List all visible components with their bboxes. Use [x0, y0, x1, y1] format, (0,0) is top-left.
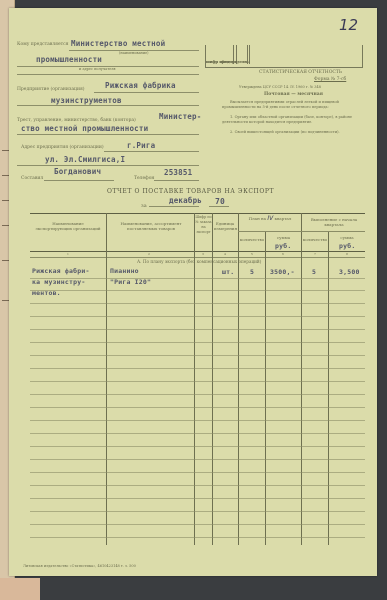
binder-bottom: [0, 578, 40, 600]
row-goods: Пианино: [110, 267, 139, 275]
trust-label: Трест, управление, министерство, банк (к…: [17, 118, 136, 123]
export-table: Наименование экспортирующих организаций …: [17, 213, 365, 548]
fact-sum-unit: руб.: [339, 242, 355, 250]
ministry-label: Кому представляется: [17, 42, 69, 47]
stat-desc3: 2. Своей вышестоящей организации (по под…: [222, 130, 367, 135]
compiler-value: Богданович: [54, 167, 101, 176]
report-title: ОТЧЕТ О ПОСТАВКЕ ТОВАРОВ НА ЭКСПОРТ: [107, 188, 274, 195]
col-number: 7: [314, 252, 316, 257]
col-number: 1: [67, 252, 69, 257]
col-number: 5: [251, 252, 253, 257]
printer-footer: Литовская издательство «Статистика», 461…: [23, 564, 136, 568]
fact-group-header: Выполнение с начала квартала: [303, 217, 365, 227]
document-sheet: 12 Кому представляется Министерство мест…: [9, 8, 377, 576]
stat-desc1: Высылается предприятиями отраслей легкой…: [222, 100, 367, 110]
address-value-line1: г.Рига: [127, 141, 155, 150]
stat-period: Почтовая — месячная: [264, 92, 323, 97]
compiler-label: Составил: [21, 176, 43, 181]
enterprise-label: Предприятие (организация): [17, 87, 85, 92]
row-plan-qty: 5: [250, 268, 254, 276]
trust-value-line1: Министер-: [159, 112, 201, 121]
stat-form: Форма № 7-сб: [314, 77, 346, 82]
col-header-plan-qty: количество: [239, 237, 265, 242]
stat-desc2: 1. Органу или областной организации (баз…: [222, 115, 367, 125]
plan-quarter: IV: [267, 215, 273, 222]
plan-label: План на: [249, 216, 266, 221]
col-number: 3: [202, 252, 204, 257]
row-plan-sum: 3500,-: [270, 268, 295, 276]
row-org: ка музинстру-: [32, 278, 85, 286]
ministry-value-line2: промышленности: [36, 55, 102, 64]
row-fact-qty: 5: [312, 268, 316, 276]
plan-sum-unit: руб.: [275, 242, 291, 250]
col-header-code: Шифр по № заказа на экспорт: [195, 215, 212, 235]
ministry-value-line1: Министерство местной: [71, 39, 165, 48]
stat-heading: СТАТИСТИЧЕСКАЯ ОТЧЕТНОСТЬ: [259, 70, 342, 75]
plan-suffix: квартал: [275, 216, 292, 221]
col-number: 4: [224, 252, 226, 257]
report-prefix: за: [141, 203, 147, 209]
col-number: 2: [148, 252, 150, 257]
plan-group-header: План на IV квартал: [239, 216, 301, 221]
phone-label: Телефон: [134, 176, 154, 181]
trust-value-line2: ство местной промышленности: [21, 124, 148, 133]
col-header-goods: Наименование, ассортимент поставляемых т…: [112, 221, 190, 231]
col-header-fact-sum: сумма: [329, 235, 365, 240]
ministry-sublabel: (наименование): [119, 51, 149, 55]
address-value-line2: ул. Эл.Смилгиса,I: [45, 155, 125, 164]
phone-value: 253851: [164, 168, 192, 177]
report-year: 70: [215, 197, 225, 206]
row-fact-sum: 3,500: [339, 268, 360, 276]
col-number: 6: [282, 252, 284, 257]
stat-approved: Утверждена ЦСУ СССР 14. IV. 1960 г. № 34…: [239, 85, 321, 90]
enterprise-value-line2: музинструментов: [51, 96, 122, 105]
report-month: декабрь: [169, 196, 202, 205]
row-org: Рижская фабри-: [32, 267, 90, 275]
address-label: Адрес предприятия (организации): [21, 145, 104, 150]
col-header-plan-sum: сумма: [266, 235, 301, 240]
col-header-fact-qty: количество: [302, 237, 328, 242]
code-boxes: шифр области шифр министерства шифр трес…: [205, 45, 363, 68]
col-header-org: Наименование экспортирующих организаций: [35, 221, 101, 231]
enterprise-value-line1: Рижская фабрика: [105, 81, 176, 90]
page-number: 12: [339, 16, 358, 34]
row-unit: шт.: [222, 268, 234, 276]
col-number: 8: [346, 252, 348, 257]
row-goods: "Рига I20": [110, 278, 151, 286]
section-a-label: А. По плану экспорта (без компенсационны…: [137, 259, 261, 264]
ministry-sublabel2: и адрес получателя: [79, 67, 116, 71]
code-box-misc: шифр: [206, 45, 218, 64]
col-header-unit: Единица измерения: [214, 221, 236, 231]
